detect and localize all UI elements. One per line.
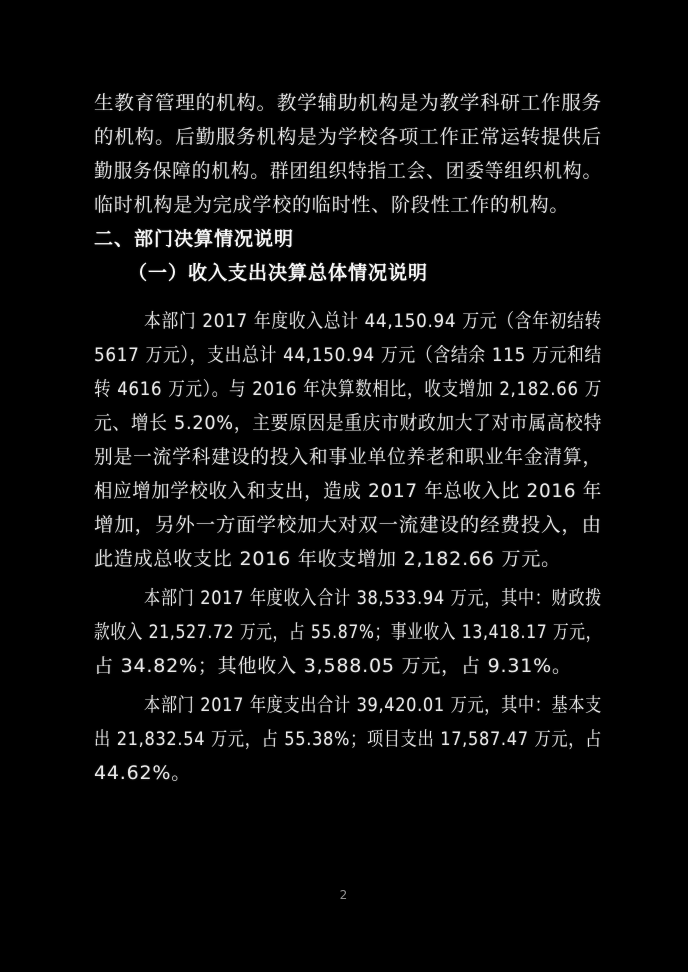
doc-line-text: 本部门 2017 年度收入总计 44,150.94 万元（含年初结转 <box>144 304 602 338</box>
doc-line: 本部门 2017 年度收入总计 44,150.94 万元（含年初结转 <box>94 304 602 338</box>
subsection-heading-text: （一）收入支出决算总体情况说明 <box>128 256 428 290</box>
page-footer: 2 <box>0 884 688 903</box>
doc-line-text: 增加，另外一方面学校加大对双一流建设的经费投入，由 <box>94 508 602 542</box>
doc-line-text: 款收入 21,527.72 万元，占 55.87%；事业收入 13,418.17… <box>94 615 602 649</box>
doc-line-text: 转 4616 万元）。与 2016 年决算数相比，收支增加 2,182.66 万 <box>94 372 602 406</box>
doc-line: 勤服务保障的机构。群团组织特指工会、团委等组织机构。 <box>94 154 602 188</box>
document-body: 生教育管理的机构。教学辅助机构是为教学科研工作服务 的机构。后勤服务机构是为学校… <box>94 86 602 790</box>
doc-line: 5617 万元），支出总计 44,150.94 万元（含结余 115 万元和结 <box>94 338 602 372</box>
section-heading-text: 二、部门决算情况说明 <box>94 222 294 256</box>
doc-line: 出 21,832.54 万元，占 55.38%；项目支出 17,587.47 万… <box>94 722 602 756</box>
doc-line: 的机构。后勤服务机构是为学校各项工作正常运转提供后 <box>94 120 602 154</box>
doc-line: 转 4616 万元）。与 2016 年决算数相比，收支增加 2,182.66 万 <box>94 372 602 406</box>
doc-line-text: 占 34.82%；其他收入 3,588.05 万元，占 9.31%。 <box>94 649 572 683</box>
subsection-heading: （一）收入支出决算总体情况说明 <box>94 256 602 290</box>
document-page: 生教育管理的机构。教学辅助机构是为教学科研工作服务 的机构。后勤服务机构是为学校… <box>0 0 688 972</box>
doc-line: 占 34.82%；其他收入 3,588.05 万元，占 9.31%。 <box>94 649 602 683</box>
section-heading: 二、部门决算情况说明 <box>94 222 602 256</box>
doc-line: 增加，另外一方面学校加大对双一流建设的经费投入，由 <box>94 508 602 542</box>
doc-line-text: 此造成总收支比 2016 年收支增加 2,182.66 万元。 <box>94 542 561 576</box>
doc-line: 44.62%。 <box>94 756 602 790</box>
paragraph-expenditure: 本部门 2017 年度支出合计 39,420.01 万元，其中：基本支 出 21… <box>94 688 602 790</box>
doc-line: 本部门 2017 年度收入合计 38,533.94 万元，其中：财政拨 <box>94 581 602 615</box>
doc-line-text: 生教育管理的机构。教学辅助机构是为教学科研工作服务 <box>94 86 602 120</box>
doc-line-text: 本部门 2017 年度支出合计 39,420.01 万元，其中：基本支 <box>144 688 602 722</box>
doc-line-text: 本部门 2017 年度收入合计 38,533.94 万元，其中：财政拨 <box>144 581 602 615</box>
paragraph-total-budget: 本部门 2017 年度收入总计 44,150.94 万元（含年初结转 5617 … <box>94 304 602 576</box>
paragraph-intro: 生教育管理的机构。教学辅助机构是为教学科研工作服务 的机构。后勤服务机构是为学校… <box>94 86 602 222</box>
doc-line: 相应增加学校收入和支出，造成 2017 年总收入比 2016 年 <box>94 474 602 508</box>
doc-line: 生教育管理的机构。教学辅助机构是为教学科研工作服务 <box>94 86 602 120</box>
doc-line: 本部门 2017 年度支出合计 39,420.01 万元，其中：基本支 <box>94 688 602 722</box>
doc-line: 此造成总收支比 2016 年收支增加 2,182.66 万元。 <box>94 542 602 576</box>
doc-line-text: 临时机构是为完成学校的临时性、阶段性工作的机构。 <box>94 188 569 222</box>
doc-line-text: 44.62%。 <box>94 756 191 790</box>
doc-line: 临时机构是为完成学校的临时性、阶段性工作的机构。 <box>94 188 602 222</box>
doc-line: 别是一流学科建设的投入和事业单位养老和职业年金清算， <box>94 440 602 474</box>
doc-line-text: 元、增长 5.20%，主要原因是重庆市财政加大了对市属高校特 <box>94 406 602 440</box>
paragraph-income: 本部门 2017 年度收入合计 38,533.94 万元，其中：财政拨 款收入 … <box>94 581 602 683</box>
page-number: 2 <box>340 888 349 902</box>
doc-line-text: 相应增加学校收入和支出，造成 2017 年总收入比 2016 年 <box>94 474 602 508</box>
doc-line-text: 的机构。后勤服务机构是为学校各项工作正常运转提供后 <box>94 120 602 154</box>
doc-line-text: 出 21,832.54 万元，占 55.38%；项目支出 17,587.47 万… <box>94 722 602 756</box>
doc-line: 元、增长 5.20%，主要原因是重庆市财政加大了对市属高校特 <box>94 406 602 440</box>
doc-line: 款收入 21,527.72 万元，占 55.87%；事业收入 13,418.17… <box>94 615 602 649</box>
doc-line-text: 别是一流学科建设的投入和事业单位养老和职业年金清算， <box>94 440 602 474</box>
doc-line-text: 勤服务保障的机构。群团组织特指工会、团委等组织机构。 <box>94 154 602 188</box>
doc-line-text: 5617 万元），支出总计 44,150.94 万元（含结余 115 万元和结 <box>94 338 602 372</box>
